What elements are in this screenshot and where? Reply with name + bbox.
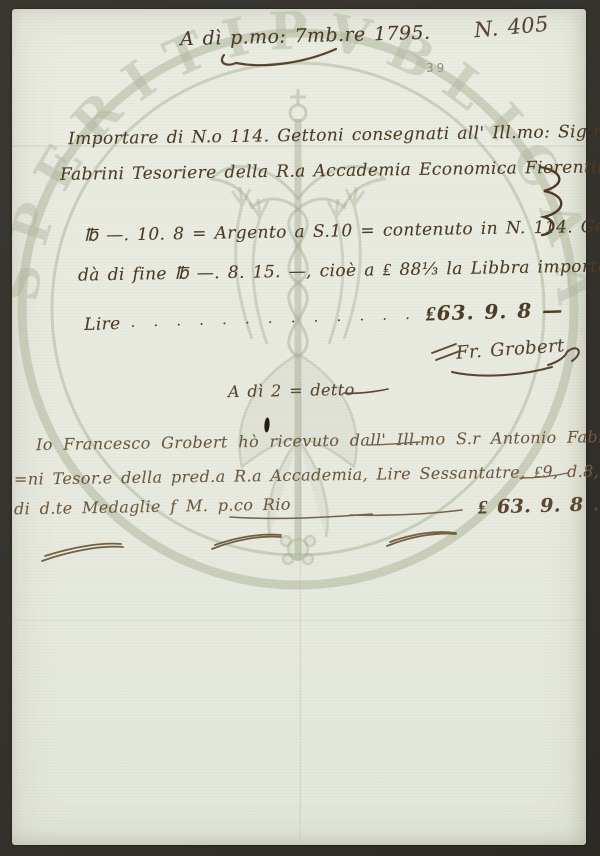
bottom-flourish-1 [42, 544, 123, 561]
importare-line-1: Importare di N.o 114. Gettoni consegnati… [68, 121, 600, 149]
receipt-line-2: =ni Tesor.e della pred.a R.a Accademia, … [14, 460, 600, 489]
lire-total-line: Lire . . . . . . . . . . . . . ₤63. 9. 8… [84, 299, 517, 336]
weights-line-1: ℔ —. 10. 8 = Argento a S.10 = contenuto … [84, 216, 600, 246]
horizontal-fold-crease-2 [12, 619, 586, 622]
bottom-flourish-3 [387, 532, 456, 546]
ink-blot [264, 417, 270, 432]
doc-number: N. 405 [473, 12, 550, 42]
receipt-line-3: di d.te Medaglie f M. p.co Rio [14, 495, 291, 519]
receipt-amount: ₤ 63. 9. 8 . [478, 493, 600, 519]
weights-line-2: dà di fine ℔ —. 8. 15. —, cioè a ₤ 88⅓ l… [78, 256, 600, 285]
folio-number: 39 [426, 61, 447, 75]
date-underline-flourish [222, 49, 336, 65]
dotted-leader: . . . . . . . . . . . . . [130, 307, 416, 331]
document-page: S P E R I T I P V B L I C A A V G N [12, 9, 586, 845]
scan-background: S P E R I T I P V B L I C A A V G N [0, 0, 600, 856]
signature: Fr. Grobert [455, 335, 565, 364]
lire-label: Lire [84, 314, 121, 335]
bottom-flourish-2 [212, 534, 281, 549]
date-header-line: A dì p.mo: 7mb.re 1795. [180, 22, 431, 51]
receipt-line-1: Io Francesco Grobert hò ricevuto dall' I… [36, 427, 600, 454]
lire-amount: ₤63. 9. 8 — [425, 298, 563, 327]
importare-line-2: Fabrini Tesoriere della R.a Accademia Ec… [60, 157, 600, 185]
second-date-line: A dì 2 = detto [228, 380, 355, 401]
